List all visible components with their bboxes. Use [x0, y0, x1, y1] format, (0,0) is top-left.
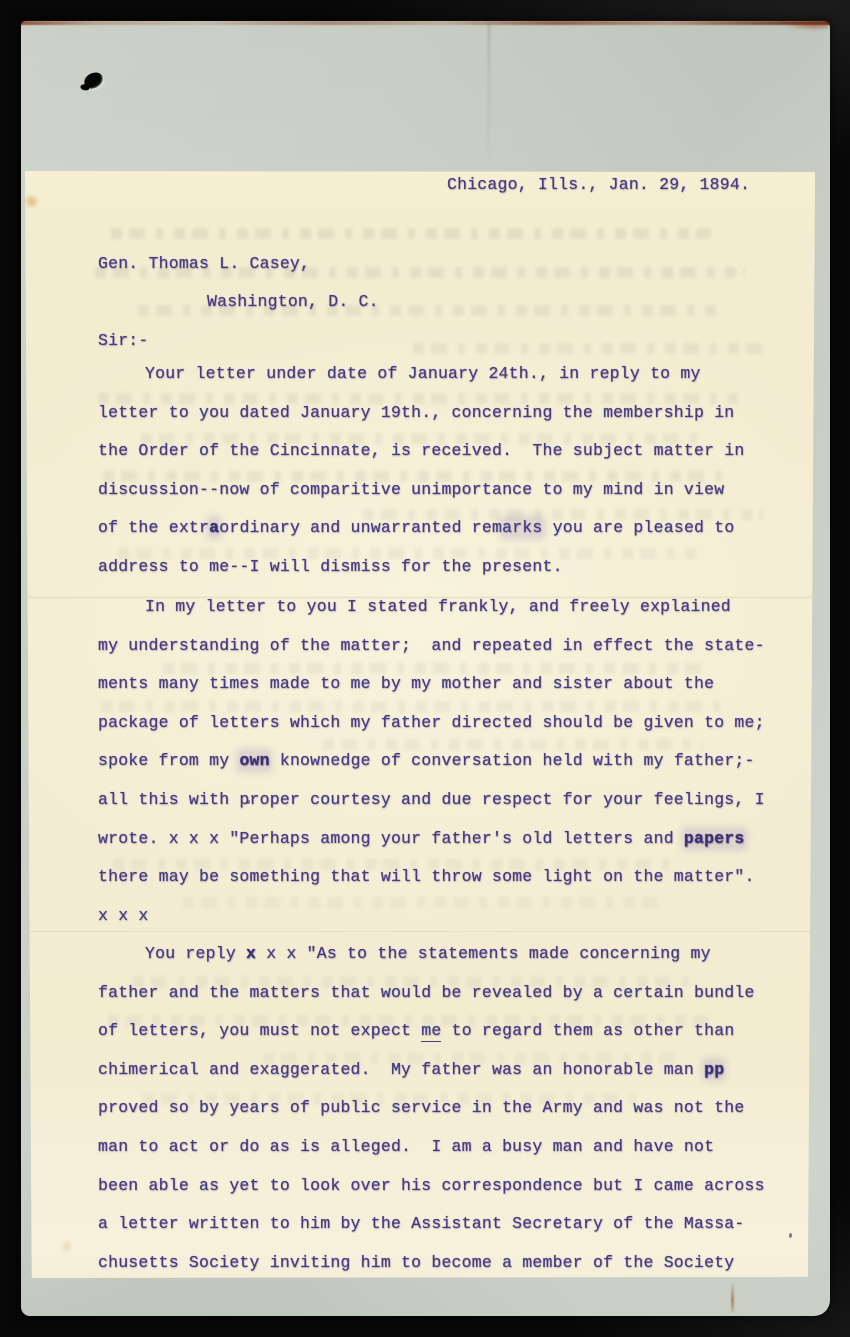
scanned-letter-canvas: Chicago, Ills., Jan. 29, 1894. Gen. Thom…: [0, 0, 850, 1337]
body-line: a letter written to him by the Assistant…: [98, 1205, 804, 1244]
letter-body: Your letter under date of January 24th.,…: [98, 0, 804, 1337]
paragraph: You reply x x x "As to the statements ma…: [98, 935, 804, 1282]
body-line: all this with proper courtesy and due re…: [98, 781, 804, 820]
body-line: of the extraordinary and unwarranted rem…: [98, 509, 804, 548]
body-line: there may be something that will throw s…: [98, 858, 804, 897]
body-line: In my letter to you I stated frankly, an…: [98, 588, 804, 627]
body-line: chimerical and exaggerated. My father wa…: [98, 1051, 804, 1090]
body-line: Your letter under date of January 24th.,…: [98, 355, 804, 394]
body-line: address to me--I will dismiss for the pr…: [98, 548, 804, 587]
body-line: You reply x x x "As to the statements ma…: [98, 935, 804, 974]
body-line: father and the matters that would be rev…: [98, 974, 804, 1013]
body-line: been able as yet to look over his corres…: [98, 1167, 804, 1206]
foxing-spot: [24, 194, 39, 209]
body-line: my understanding of the matter; and repe…: [98, 627, 804, 666]
body-line: wrote. x x x "Perhaps among your father'…: [98, 820, 804, 859]
body-line: x x x: [98, 897, 804, 936]
body-line: package of letters which my father direc…: [98, 704, 804, 743]
body-line: ments many times made to me by my mother…: [98, 665, 804, 704]
paragraph: Your letter under date of January 24th.,…: [98, 355, 804, 587]
body-line: of letters, you must not expect me to re…: [98, 1012, 804, 1051]
body-line: letter to you dated January 19th., conce…: [98, 394, 804, 433]
body-line: discussion--now of comparitive unimporta…: [98, 471, 804, 510]
paragraph: In my letter to you I stated frankly, an…: [98, 588, 804, 935]
body-line: man to act or do as is alleged. I am a b…: [98, 1128, 804, 1167]
body-line: proved so by years of public service in …: [98, 1089, 804, 1128]
foxing-spot: [60, 1240, 73, 1253]
body-line: chusetts Society inviting him to become …: [98, 1244, 804, 1283]
body-line: the Order of the Cincinnate, is received…: [98, 432, 804, 471]
body-line: spoke from my own knownedge of conversat…: [98, 742, 804, 781]
